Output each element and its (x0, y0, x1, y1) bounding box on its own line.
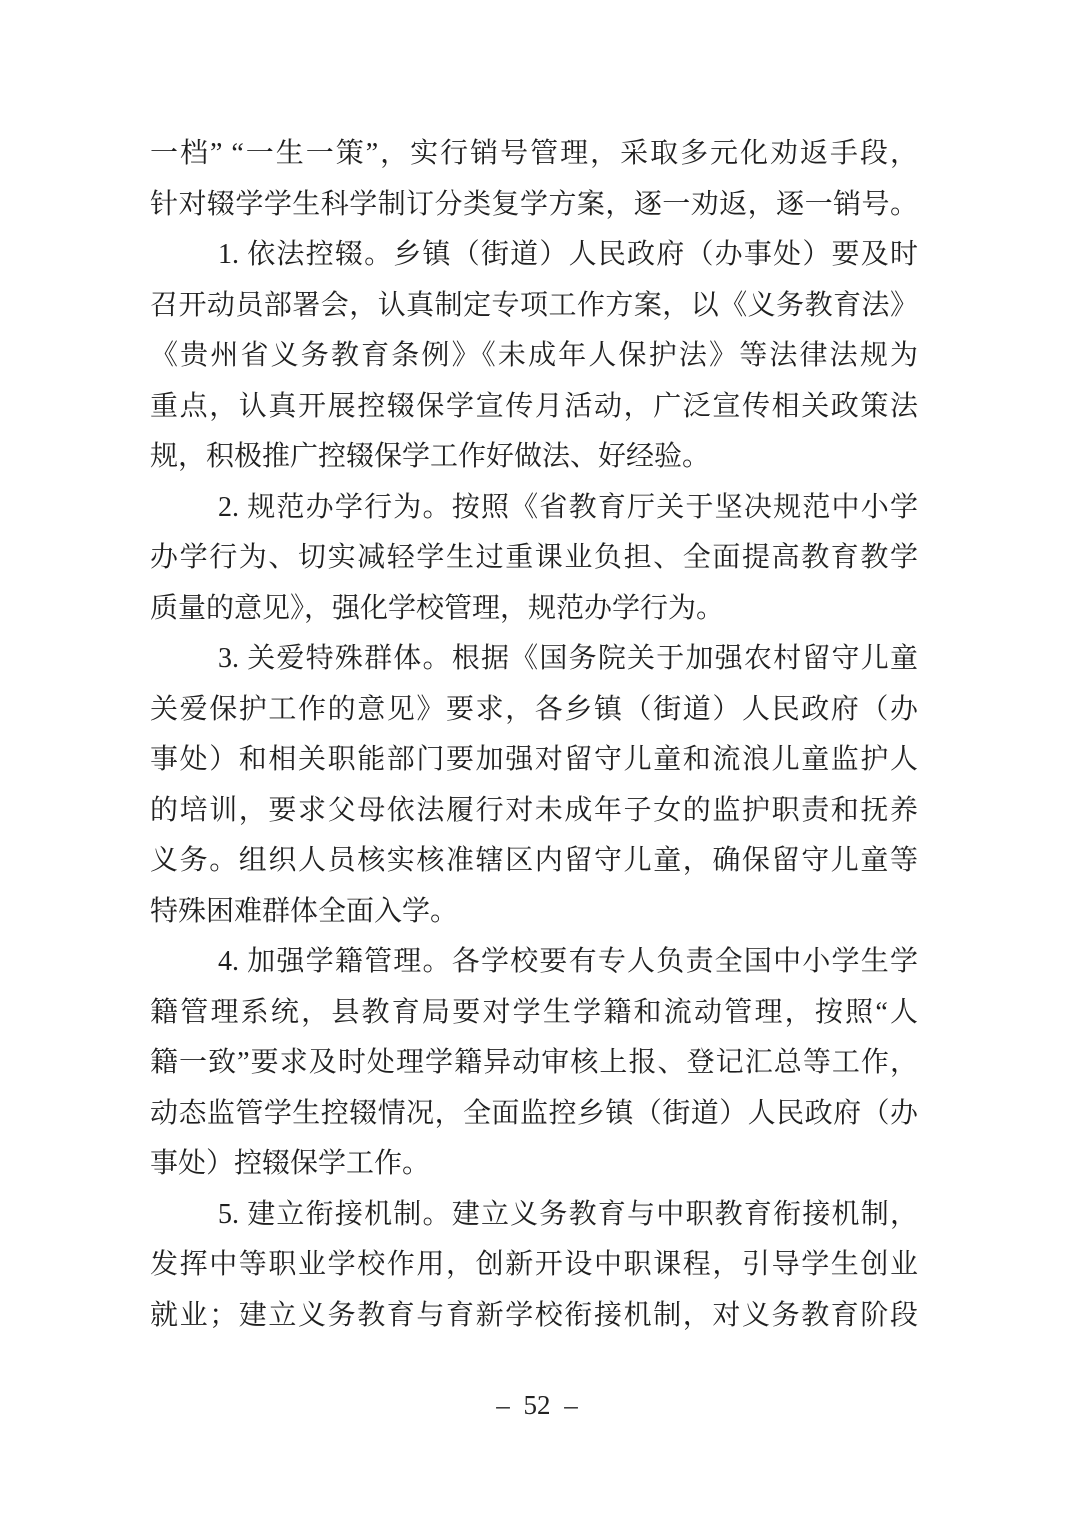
text-line: 籍管理系统，县教育局要对学生学籍和流动管理，按照“人 (150, 988, 918, 1039)
text-line: 5. 建立衔接机制。建立义务教育与中职教育衔接机制， (150, 1190, 918, 1241)
paragraph: 1. 依法控辍。乡镇（街道）人民政府（办事处）要及时召开动员部署会，认真制定专项… (150, 230, 918, 483)
paragraph: 5. 建立衔接机制。建立义务教育与中职教育衔接机制，发挥中等职业学校作用，创新开… (150, 1190, 918, 1342)
text-line: 《贵州省义务教育条例》《未成年人保护法》等法律法规为 (150, 331, 918, 382)
text-line: 义务。组织人员核实核准辖区内留守儿童，确保留守儿童等 (150, 836, 918, 887)
document-body: 一档” “一生一策”，实行销号管理，采取多元化劝返手段，针对辍学学生科学制订分类… (150, 129, 918, 1341)
paragraph: 3. 关爱特殊群体。根据《国务院关于加强农村留守儿童关爱保护工作的意见》要求，各… (150, 634, 918, 937)
text-line: 质量的意见》，强化学校管理，规范办学行为。 (150, 584, 918, 635)
text-line: 3. 关爱特殊群体。根据《国务院关于加强农村留守儿童 (150, 634, 918, 685)
page-number: – 52 – (496, 1390, 578, 1420)
text-line: 重点，认真开展控辍保学宣传月活动，广泛宣传相关政策法 (150, 382, 918, 433)
paragraph: 2. 规范办学行为。按照《省教育厅关于坚决规范中小学办学行为、切实减轻学生过重课… (150, 483, 918, 635)
text-line: 就业；建立义务教育与育新学校衔接机制，对义务教育阶段 (150, 1291, 918, 1342)
text-line: 事处）控辍保学工作。 (150, 1139, 918, 1190)
text-line: 2. 规范办学行为。按照《省教育厅关于坚决规范中小学 (150, 483, 918, 534)
text-line: 针对辍学学生科学制订分类复学方案，逐一劝返，逐一销号。 (150, 180, 918, 231)
text-line: 一档” “一生一策”，实行销号管理，采取多元化劝返手段， (150, 129, 918, 180)
text-line: 发挥中等职业学校作用，创新开设中职课程，引导学生创业 (150, 1240, 918, 1291)
text-line: 动态监管学生控辍情况，全面监控乡镇（街道）人民政府（办 (150, 1089, 918, 1140)
text-line: 规，积极推广控辍保学工作好做法、好经验。 (150, 432, 918, 483)
paragraph: 4. 加强学籍管理。各学校要有专人负责全国中小学生学籍管理系统，县教育局要对学生… (150, 937, 918, 1190)
text-line: 1. 依法控辍。乡镇（街道）人民政府（办事处）要及时 (150, 230, 918, 281)
text-line: 籍一致”要求及时处理学籍异动审核上报、登记汇总等工作， (150, 1038, 918, 1089)
text-line: 事处）和相关职能部门要加强对留守儿童和流浪儿童监护人 (150, 735, 918, 786)
text-line: 召开动员部署会，认真制定专项工作方案，以《义务教育法》 (150, 281, 918, 332)
text-line: 关爱保护工作的意见》要求，各乡镇（街道）人民政府（办 (150, 685, 918, 736)
page-footer: – 52 – (0, 1388, 1074, 1422)
document-page: 一档” “一生一策”，实行销号管理，采取多元化劝返手段，针对辍学学生科学制订分类… (0, 0, 1074, 1520)
paragraph: 一档” “一生一策”，实行销号管理，采取多元化劝返手段，针对辍学学生科学制订分类… (150, 129, 918, 230)
text-line: 特殊困难群体全面入学。 (150, 887, 918, 938)
text-line: 4. 加强学籍管理。各学校要有专人负责全国中小学生学 (150, 937, 918, 988)
text-line: 的培训，要求父母依法履行对未成年子女的监护职责和抚养 (150, 786, 918, 837)
text-line: 办学行为、切实减轻学生过重课业负担、全面提高教育教学 (150, 533, 918, 584)
